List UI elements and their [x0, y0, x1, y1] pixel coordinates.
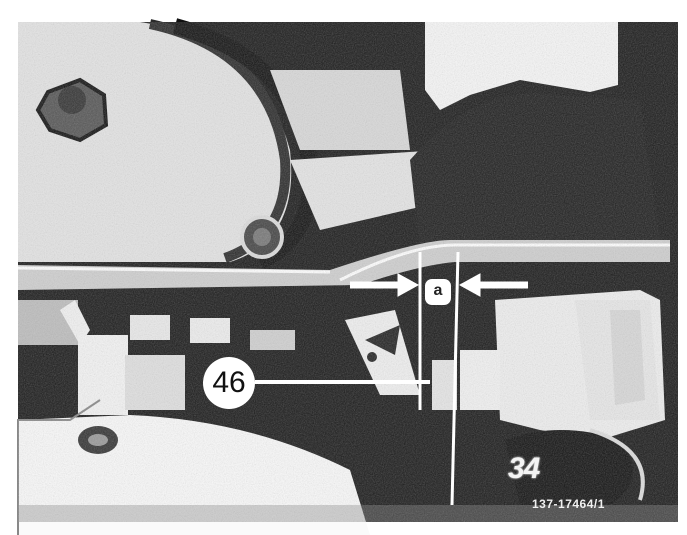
figure-code: 137-17464/1	[532, 497, 605, 511]
engine-photo	[0, 0, 687, 535]
callout-46: 46	[203, 357, 255, 409]
photo-frame	[18, 22, 678, 535]
part-label-34: 34	[508, 452, 539, 486]
dimension-label-a: a	[425, 279, 451, 305]
